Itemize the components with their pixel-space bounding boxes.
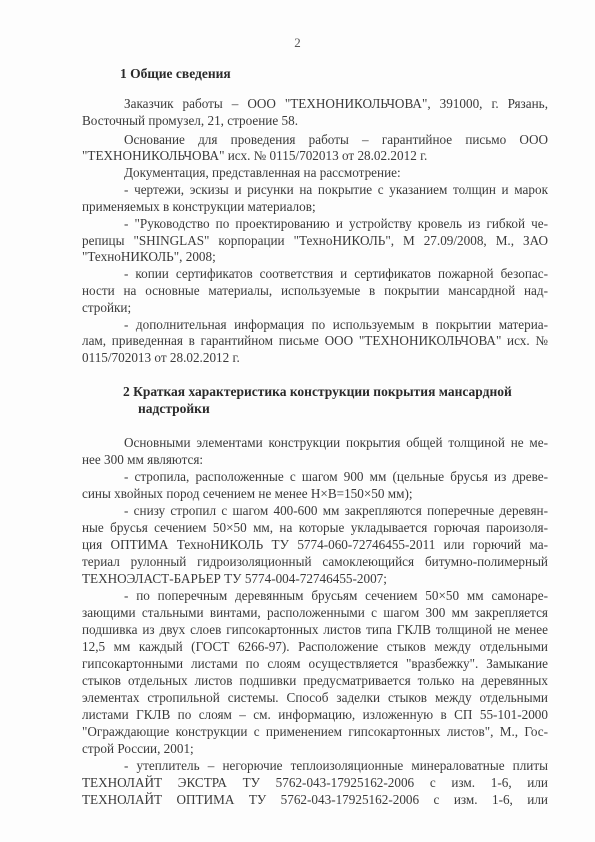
- text-line: строй России, 2001;: [82, 741, 548, 757]
- text-line: элементах стропильной системы. Способ за…: [82, 690, 548, 706]
- text-line: ТЕХНОЛАЙТ ОПТИМА ТУ 5762-043-17925162-20…: [82, 792, 548, 808]
- text-line: Заказчик работы – ООО "ТЕХНОНИКОЛЬЧОВА",…: [124, 96, 548, 112]
- text-line: - снизу стропил с шагом 400-600 мм закре…: [124, 503, 548, 519]
- text-line: 12,5 мм каждый (ГОСТ 6266-97). Расположе…: [82, 639, 548, 655]
- section-2-title: 2 Краткая характеристика конструкции пок…: [123, 384, 512, 400]
- text-line: - утеплитель – негорючие теплоизоляционн…: [124, 758, 548, 774]
- text-line: применяемых в конструкции материалов;: [82, 199, 548, 215]
- text-line: ные брусья сечением 50×50 мм, на которые…: [82, 520, 548, 536]
- text-line: - "Руководство по проектированию и устро…: [124, 216, 548, 232]
- text-line: гипсокартонными листами по слоям осущест…: [82, 656, 548, 672]
- text-line: репицы "SHINGLAS" корпорации "ТехноНИКОЛ…: [82, 233, 548, 249]
- text-line: Основными элементами конструкции покрыти…: [124, 435, 548, 451]
- document-page: 2 1 Общие сведения Заказчик работы – ООО…: [0, 0, 595, 842]
- text-line: - копии сертификатов соответствия и серт…: [124, 266, 548, 282]
- text-line: зающими стальными винтами, расположенным…: [82, 605, 548, 621]
- text-line: ТЕХНОЭЛАСТ-БАРЬЕР ТУ 5774-004-72746455-2…: [82, 571, 548, 587]
- text-line: сины хвойных пород сечением не менее Н×В…: [82, 486, 548, 502]
- text-line: териал рулонный гидроизоляционный самокл…: [82, 554, 548, 570]
- page-number: 2: [0, 35, 595, 51]
- text-line: ция ОПТИМА ТехноНИКОЛЬ ТУ 5774-060-72746…: [82, 537, 548, 553]
- section-2-title-cont: надстройки: [138, 401, 210, 417]
- text-line: ности на основные материалы, используемы…: [82, 283, 548, 299]
- text-line: - чертежи, эскизы и рисунки на покрытие …: [124, 182, 548, 198]
- text-line: стройки;: [82, 300, 548, 316]
- text-line: подшивка из двух слоев гипсокартонных ли…: [82, 622, 548, 638]
- text-line: Документация, представленная на рассмотр…: [124, 165, 548, 181]
- section-1-title: 1 Общие сведения: [120, 66, 231, 82]
- text-line: Основание для проведения работы – гарант…: [124, 132, 548, 148]
- text-line: "Ограждающие конструкции с применением г…: [82, 724, 548, 740]
- text-line: 0115/702013 от 28.02.2012 г.: [82, 350, 548, 366]
- text-line: Восточный промузел, 21, строение 58.: [82, 113, 548, 129]
- text-line: "ТехноНИКОЛЬ", 2008;: [82, 249, 548, 265]
- text-line: "ТЕХНОНИКОЛЬЧОВА" исх. № 0115/702013 от …: [82, 148, 548, 164]
- text-line: - по поперечным деревянным брусьям сечен…: [124, 588, 548, 604]
- text-line: нее 300 мм являются:: [82, 452, 548, 468]
- text-line: листами ГКЛВ по слоям – см. информацию, …: [82, 707, 548, 723]
- text-line: - стропила, расположенные с шагом 900 мм…: [124, 469, 548, 485]
- text-line: - дополнительная информация по используе…: [124, 317, 548, 333]
- text-line: стыков отдельных листов подшивки предусм…: [82, 673, 548, 689]
- text-line: лам, приведенная в гарантийном письме ОО…: [82, 333, 548, 349]
- text-line: ТЕХНОЛАЙТ ЭКСТРА ТУ 5762-043-17925162-20…: [82, 775, 548, 791]
